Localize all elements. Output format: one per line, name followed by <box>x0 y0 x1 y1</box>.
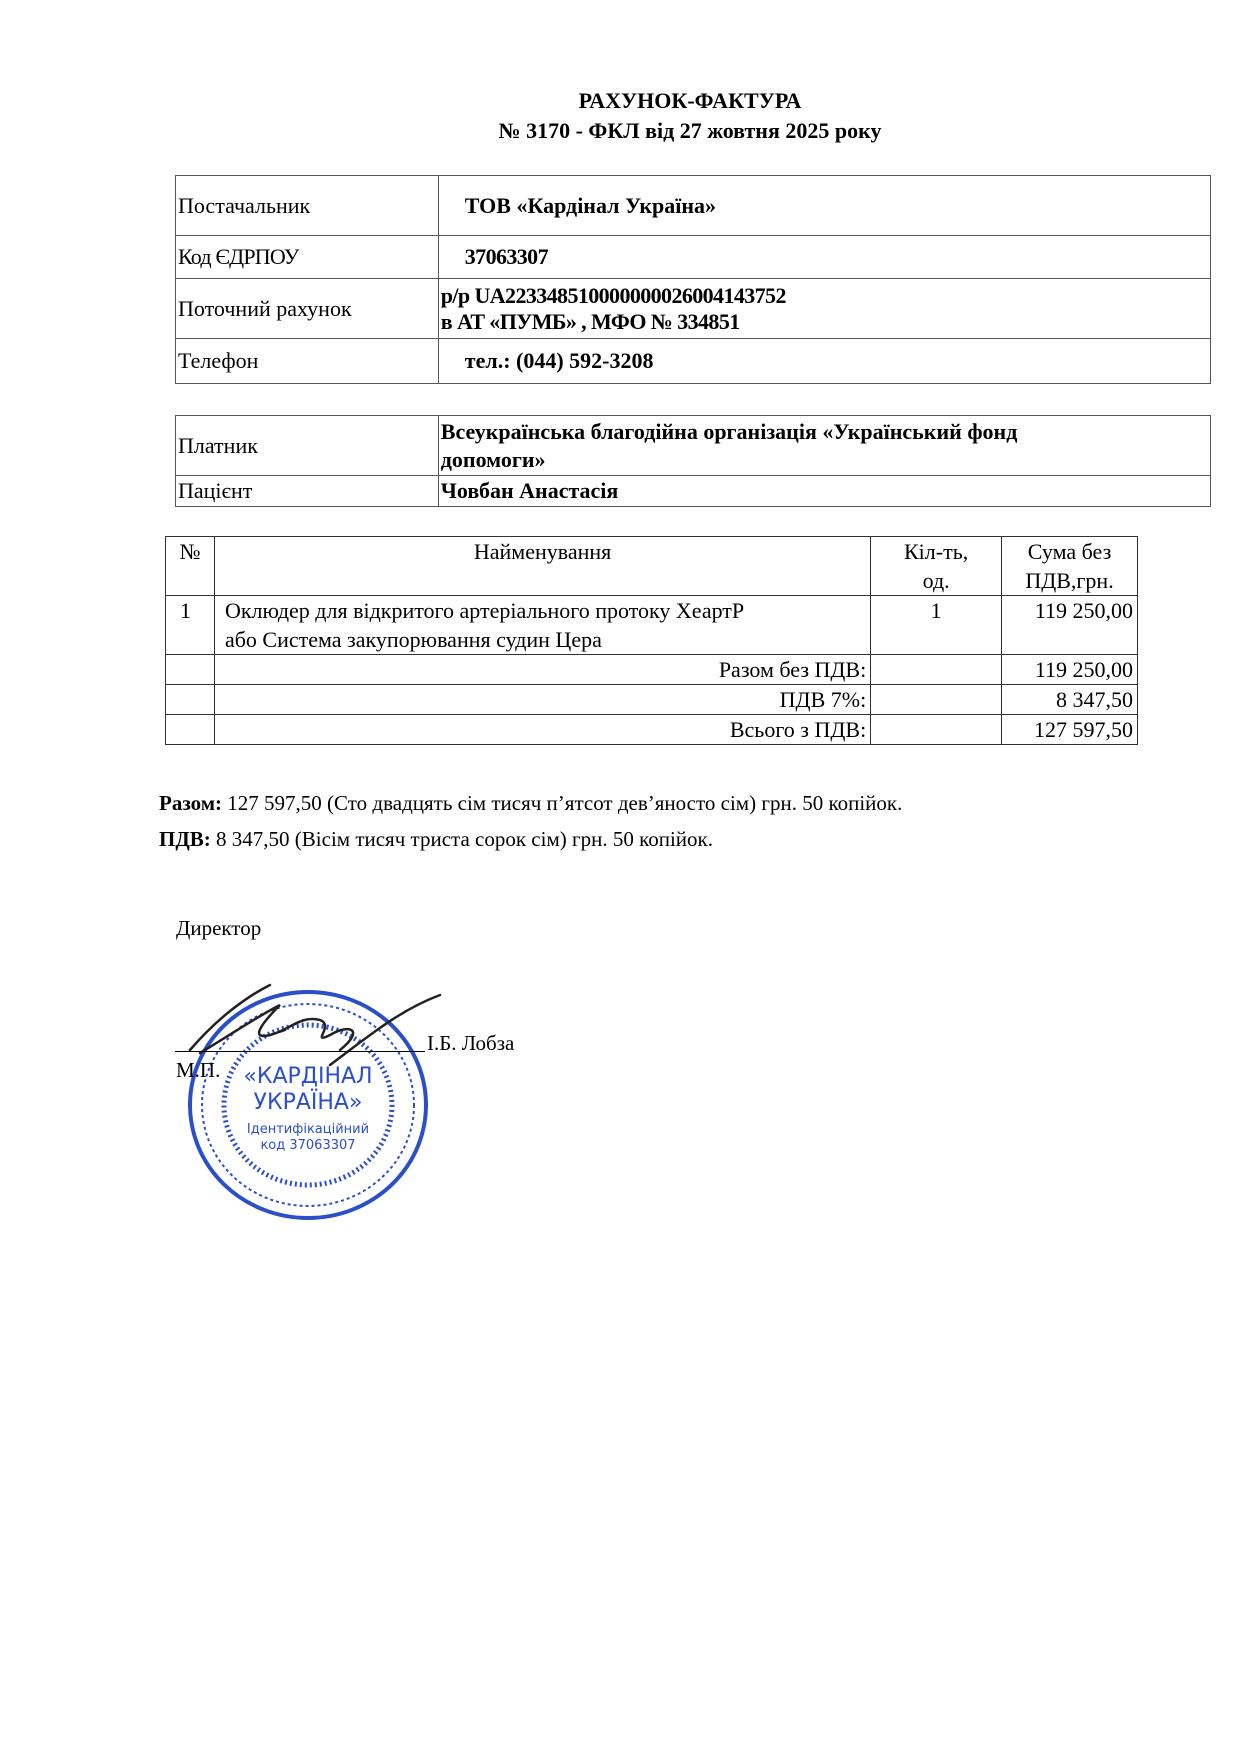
signature-icon <box>180 975 450 1105</box>
items-table: № Найменування Кіл-ть, од. Сума без ПДВ,… <box>165 536 1138 745</box>
account-row: Поточний рахунок р/р UA22334851000000002… <box>176 279 1211 339</box>
patient-label: Пацієнт <box>176 476 439 507</box>
item-qty: 1 <box>871 596 1002 655</box>
total-row: Всього з ПДВ: 127 597,50 <box>166 715 1138 745</box>
payer-value: Всеукраїнська благодійна організація «Ук… <box>438 416 1210 476</box>
signer-name: І.Б. Лобза <box>427 1030 514 1056</box>
account-value: р/р UA223348510000000026004143752 в АТ «… <box>438 279 1210 339</box>
empty-cell <box>166 685 215 715</box>
header-sum-line2: ПДВ,грн. <box>1002 566 1137 595</box>
total-in-words: Разом: 127 597,50 (Сто двадцять сім тися… <box>159 790 902 816</box>
empty-cell <box>871 715 1002 745</box>
header-qty-line2: од. <box>871 566 1001 595</box>
signature-line <box>175 1051 425 1052</box>
vat-in-words-label: ПДВ: <box>159 827 211 851</box>
header-sum: Сума без ПДВ,грн. <box>1002 537 1138 596</box>
item-name: Оклюдер для відкритого артеріального про… <box>214 596 870 655</box>
document-number-date: № 3170 - ФКЛ від 27 жовтня 2025 року <box>0 117 1240 145</box>
empty-cell <box>166 715 215 745</box>
supplier-name: ТОВ «Кардінал Україна» <box>438 176 1210 236</box>
account-label: Поточний рахунок <box>176 279 439 339</box>
empty-cell <box>871 655 1002 685</box>
subtotal-row: Разом без ПДВ: 119 250,00 <box>166 655 1138 685</box>
patient-name: Човбан Анастасія <box>438 476 1210 507</box>
total-value: 127 597,50 <box>1002 715 1138 745</box>
total-in-words-label: Разом: <box>159 791 222 815</box>
payer-name-line1: Всеукраїнська благодійна організація «Ук… <box>441 418 1210 446</box>
header-num: № <box>166 537 215 596</box>
header-sum-line1: Сума без <box>1002 537 1137 566</box>
total-in-words-text: 127 597,50 (Сто двадцять сім тисяч п’ятс… <box>222 791 902 815</box>
item-sum: 119 250,00 <box>1002 596 1138 655</box>
total-label: Всього з ПДВ: <box>214 715 870 745</box>
subtotal-label: Разом без ПДВ: <box>214 655 870 685</box>
payer-label: Платник <box>176 416 439 476</box>
supplier-label: Постачальник <box>176 176 439 236</box>
svg-text:Ідентифікаційний: Ідентифікаційний <box>247 1122 369 1137</box>
supplier-row: Постачальник ТОВ «Кардінал Україна» <box>176 176 1211 236</box>
svg-text:код 37063307: код 37063307 <box>260 1138 355 1153</box>
header-name: Найменування <box>214 537 870 596</box>
patient-row: Пацієнт Човбан Анастасія <box>176 476 1211 507</box>
payer-name-line2: допомоги» <box>441 446 1210 474</box>
payer-table: Платник Всеукраїнська благодійна організ… <box>175 415 1211 507</box>
edrpou-row: Код ЄДРПОУ 37063307 <box>176 236 1211 279</box>
phone-value: тел.: (044) 592-3208 <box>438 339 1210 384</box>
table-row: 1 Оклюдер для відкритого артеріального п… <box>166 596 1138 655</box>
vat-in-words-text: 8 347,50 (Вісім тисяч триста сорок сім) … <box>211 827 713 851</box>
phone-label: Телефон <box>176 339 439 384</box>
item-name-line2: або Система закупорювання судин Цера <box>225 625 870 654</box>
vat-label: ПДВ 7%: <box>214 685 870 715</box>
payer-row: Платник Всеукраїнська благодійна організ… <box>176 416 1211 476</box>
empty-cell <box>166 655 215 685</box>
item-num: 1 <box>166 596 215 655</box>
supplier-table: Постачальник ТОВ «Кардінал Україна» Код … <box>175 175 1211 384</box>
edrpou-label: Код ЄДРПОУ <box>176 236 439 279</box>
vat-value: 8 347,50 <box>1002 685 1138 715</box>
items-header-row: № Найменування Кіл-ть, од. Сума без ПДВ,… <box>166 537 1138 596</box>
header-qty: Кіл-ть, од. <box>871 537 1002 596</box>
account-bank: в АТ «ПУМБ» , МФО № 334851 <box>441 309 1210 335</box>
stamp-place-label: М.П. <box>176 1057 220 1083</box>
vat-in-words: ПДВ: 8 347,50 (Вісім тисяч триста сорок … <box>159 826 713 852</box>
phone-row: Телефон тел.: (044) 592-3208 <box>176 339 1211 384</box>
empty-cell <box>871 685 1002 715</box>
document-title: РАХУНОК-ФАКТУРА <box>0 87 1240 115</box>
header-qty-line1: Кіл-ть, <box>871 537 1001 566</box>
item-name-line1: Оклюдер для відкритого артеріального про… <box>225 596 870 625</box>
account-iban: р/р UA223348510000000026004143752 <box>441 283 1210 309</box>
edrpou-value: 37063307 <box>438 236 1210 279</box>
subtotal-value: 119 250,00 <box>1002 655 1138 685</box>
vat-row: ПДВ 7%: 8 347,50 <box>166 685 1138 715</box>
signer-position: Директор <box>176 915 261 941</box>
